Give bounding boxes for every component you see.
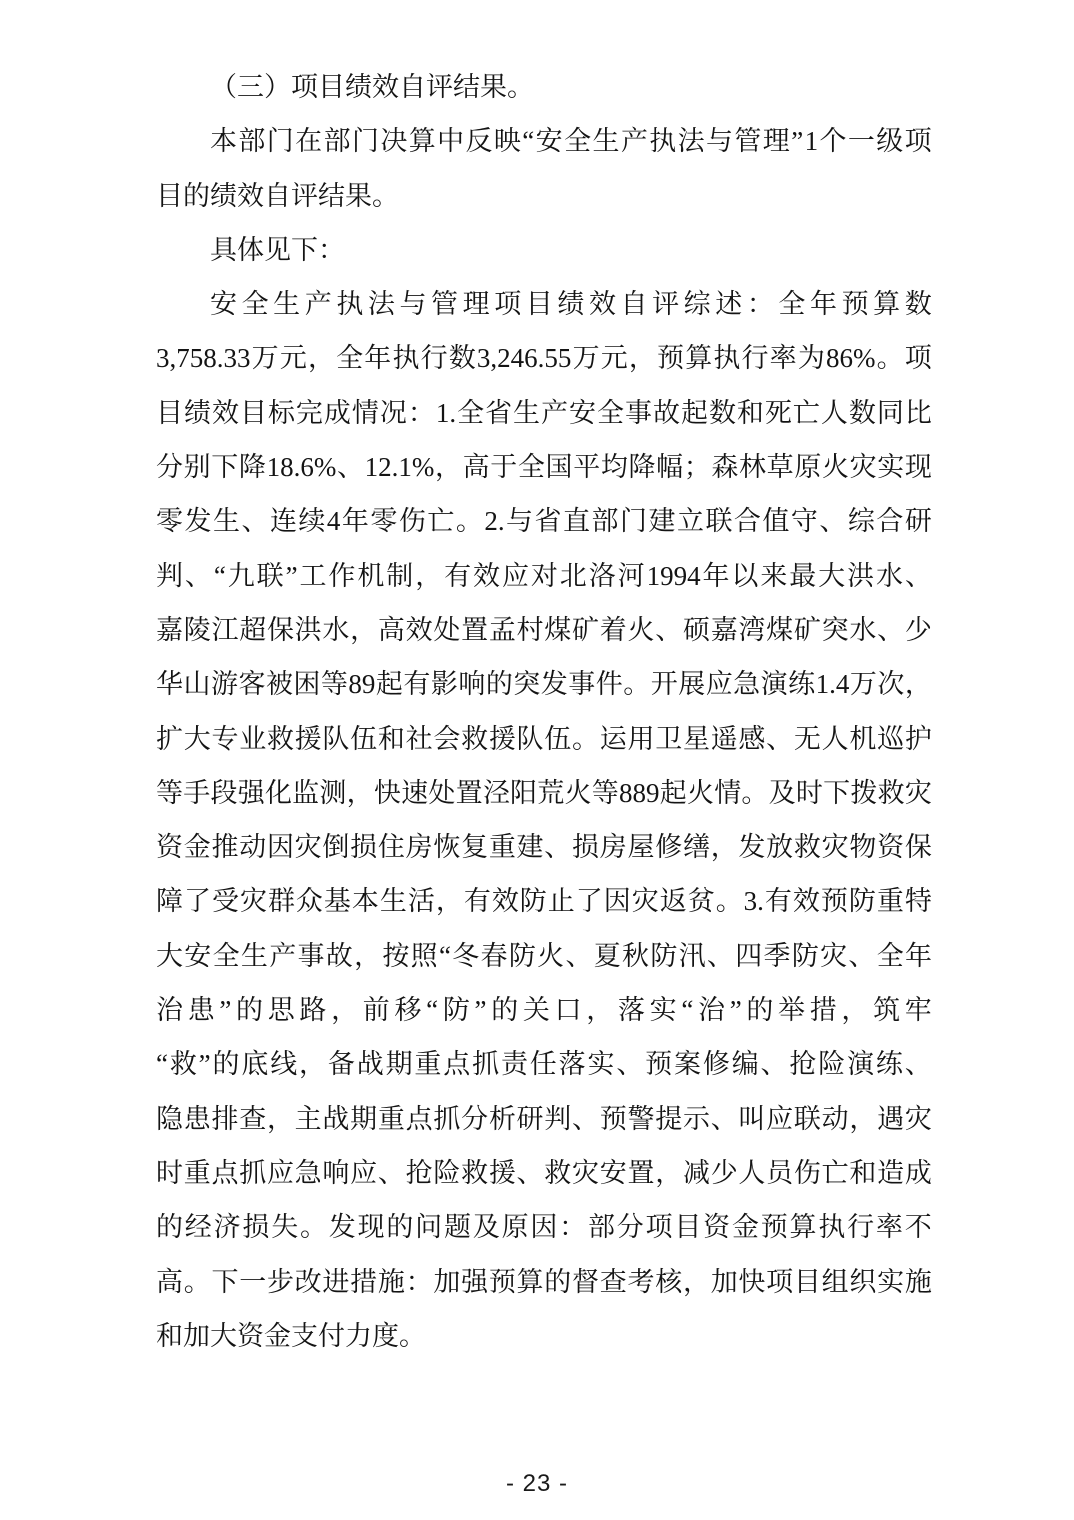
text-token: 因: [267, 820, 294, 874]
text-token: 措: [810, 983, 837, 1037]
text-token: 项: [646, 1200, 673, 1254]
text-token: 水: [876, 549, 903, 603]
text-token: 算: [517, 1255, 544, 1309]
text-token: 金: [732, 1200, 759, 1254]
text-token: 少: [905, 603, 932, 657]
text-token: 会: [433, 712, 460, 766]
text-token: 法: [678, 114, 705, 168]
text-token: 情: [352, 386, 379, 440]
text-token: 绩: [557, 277, 584, 331]
text-token: 济: [214, 1200, 241, 1254]
text-token: 省: [535, 494, 562, 548]
text-token: 门: [267, 114, 294, 168]
text-token: 硕: [683, 603, 710, 657]
text-token: 应: [706, 657, 733, 711]
text-token: 措: [350, 1255, 377, 1309]
text-token: 时: [156, 1146, 183, 1200]
text-token: 伍: [544, 712, 571, 766]
text-token: 效: [589, 277, 616, 331]
text-token: 感: [738, 712, 765, 766]
text-token: 4: [327, 494, 341, 548]
text-token: 、: [766, 712, 793, 766]
text-token: ：: [559, 1200, 586, 1254]
text-token: 季: [764, 929, 791, 983]
text-token: 失: [271, 1200, 298, 1254]
text-token: 高: [463, 440, 490, 494]
text-token: 级: [876, 114, 903, 168]
text-token: 发: [738, 820, 765, 874]
text-token: “: [426, 983, 438, 1037]
text-token: 水: [849, 603, 876, 657]
text-token: 、: [544, 820, 571, 874]
text-token: 筑: [873, 983, 900, 1037]
text-token: 全: [564, 114, 591, 168]
text-token: 事: [568, 657, 595, 711]
text-token: 评: [652, 277, 679, 331]
text-token: 反: [466, 114, 493, 168]
text-token: 全: [457, 386, 484, 440]
text-token: 警: [627, 1092, 654, 1146]
text-token: 加: [711, 1255, 738, 1309]
text-token: 处: [433, 603, 460, 657]
text-token: 急: [733, 657, 760, 711]
text-token: 全: [518, 440, 545, 494]
text-token: 抓: [239, 1146, 266, 1200]
text-token: ”: [475, 983, 487, 1037]
text-token: 万: [573, 331, 600, 385]
text-token: 目: [526, 277, 553, 331]
text-token: 落: [559, 1037, 586, 1091]
text-token: 守: [791, 494, 818, 548]
text-token: 复: [461, 820, 488, 874]
text-line: 大安全生产事故，按照“冬春防火、夏秋防汛、四季防灾、全年: [156, 929, 932, 983]
text-token: 、: [848, 929, 875, 983]
text-token: 省: [485, 386, 512, 440]
text-token: 下: [211, 440, 238, 494]
text-token: 展: [678, 657, 705, 711]
text-token: 伤: [399, 494, 426, 548]
text-token: ，: [350, 603, 377, 657]
text-token: 制: [386, 549, 413, 603]
text-token: 无: [794, 712, 821, 766]
page-number: - 23 -: [506, 1470, 568, 1497]
text-token: 和: [737, 386, 764, 440]
text-token: 起: [681, 386, 708, 440]
text-token: 项: [905, 331, 932, 385]
text-token: 人: [822, 712, 849, 766]
text-token: 管: [431, 277, 458, 331]
text-token: 按: [382, 929, 409, 983]
text-token: 预: [489, 1255, 516, 1309]
text-line: 目的绩效自评结果。: [156, 169, 932, 223]
text-line: 等手段强化监测，快速处置泾阳荒火等889起火情。及时下拨救灾: [156, 766, 932, 820]
text-token: 本: [352, 874, 379, 928]
text-token: 实: [650, 983, 677, 1037]
text-token: 等: [321, 657, 348, 711]
text-line: 高。下一步改进措施：加强预算的督查考核，加快项目组织实施: [156, 1255, 932, 1309]
text-token: 险: [433, 1146, 460, 1200]
text-token: 测: [319, 766, 346, 820]
text-token: 灾: [905, 1092, 932, 1146]
text-token: 3,246.55: [477, 331, 572, 385]
text-token: 段: [210, 766, 237, 820]
text-token: “: [681, 983, 693, 1037]
text-token: 影: [431, 657, 458, 711]
text-token: 发: [184, 494, 211, 548]
text-line: 扩大专业救援队伍和社会救援队伍。运用卫星遥感、无人机巡护: [156, 712, 932, 766]
text-token: 演: [847, 1037, 874, 1091]
text-token: 预: [842, 277, 869, 331]
text-token: 安: [184, 929, 211, 983]
text-token: ，: [655, 1146, 682, 1200]
text-token: 巡: [877, 712, 904, 766]
text-token: 执: [649, 114, 676, 168]
text-token: 、: [711, 1092, 738, 1146]
text-token: 、: [572, 1092, 599, 1146]
text-token: 预: [657, 331, 684, 385]
text-token: 1: [805, 114, 819, 168]
text-token: 连: [270, 494, 297, 548]
text-token: 理: [463, 277, 490, 331]
text-token: 被: [266, 657, 293, 711]
text-token: 损: [572, 820, 599, 874]
text-token: 强: [461, 1255, 488, 1309]
text-token: 算: [685, 331, 712, 385]
text-token: 损: [242, 1200, 269, 1254]
text-token: 路: [299, 983, 326, 1037]
text-token: 重: [489, 820, 516, 874]
text-token: 。: [572, 712, 599, 766]
text-token: 事: [625, 386, 652, 440]
text-token: 示: [683, 1092, 710, 1146]
text-token: 夏: [594, 929, 621, 983]
text-token: 改: [295, 1255, 322, 1309]
text-token: 产: [541, 386, 568, 440]
text-token: 全: [213, 929, 240, 983]
text-token: 受: [212, 874, 239, 928]
text-token: 责: [501, 1037, 528, 1091]
text-token: 国: [546, 440, 573, 494]
text-token: 应: [267, 1146, 294, 1200]
text-token: 3,758.33: [156, 331, 251, 385]
text-token: 重: [414, 1037, 441, 1091]
text-token: 项: [494, 277, 521, 331]
text-token: 1994: [647, 549, 701, 603]
text-token: 故: [326, 929, 353, 983]
text-token: 与: [706, 114, 733, 168]
text-token: 。: [716, 874, 743, 928]
text-token: 成: [324, 386, 351, 440]
text-token: 有: [444, 549, 471, 603]
text-token: 元: [280, 331, 307, 385]
text-token: 底: [241, 1037, 268, 1091]
text-token: 一: [848, 114, 875, 168]
text-token: 亡: [427, 494, 454, 548]
text-token: 项: [766, 1255, 793, 1309]
text-token: 析: [489, 1092, 516, 1146]
text-token: 理: [763, 114, 790, 168]
text-token: 高: [378, 603, 405, 657]
text-token: ”: [199, 1037, 211, 1091]
text-token: 快: [738, 1255, 765, 1309]
text-token: 产: [305, 277, 332, 331]
text-token: ；: [684, 440, 711, 494]
text-token: 完: [296, 386, 323, 440]
text-token: 考: [627, 1255, 654, 1309]
text-token: 叫: [738, 1092, 765, 1146]
text-token: 遇: [877, 1092, 904, 1146]
text-token: 组: [822, 1255, 849, 1309]
text-line: 障了受灾群众基本生活，有效防止了因灾返贫。3.有效预防重特: [156, 874, 932, 928]
text-token: 屋: [627, 820, 654, 874]
text-token: 置: [461, 603, 488, 657]
text-token: 救: [544, 1146, 571, 1200]
text-token: 件: [596, 657, 623, 711]
text-token: ，: [435, 440, 462, 494]
text-token: 2.: [484, 494, 504, 548]
text-token: 河: [618, 549, 645, 603]
text-token: 时: [796, 766, 823, 820]
text-token: 众: [296, 874, 323, 928]
text-token: 合: [876, 494, 903, 548]
text-token: 火: [565, 766, 592, 820]
text-token: 响: [322, 1146, 349, 1200]
text-line: 具体见下：: [156, 223, 932, 277]
text-token: 灾: [905, 766, 932, 820]
text-token: 立: [677, 494, 704, 548]
text-token: 年: [905, 929, 932, 983]
text-token: 业: [239, 712, 266, 766]
text-token: 合: [734, 494, 761, 548]
text-token: 、: [565, 929, 592, 983]
text-token: 化: [265, 766, 292, 820]
text-token: 现: [905, 440, 932, 494]
text-token: 监: [292, 766, 319, 820]
text-token: 强: [238, 766, 265, 820]
text-token: 山: [183, 657, 210, 711]
text-token: 不: [905, 1200, 932, 1254]
text-line: 分别下降18.6%、12.1%，高于全国平均降幅；森林草原火灾实现: [156, 440, 932, 494]
text-token: 安: [569, 386, 596, 440]
text-token: 行: [847, 1200, 874, 1254]
text-token: 全: [597, 386, 624, 440]
text-token: 执: [818, 1200, 845, 1254]
text-token: 联: [705, 494, 732, 548]
text-token: 了: [184, 874, 211, 928]
text-token: 研: [905, 494, 932, 548]
text-token: 生: [241, 929, 268, 983]
text-token: 部: [238, 114, 265, 168]
text-token: 万: [850, 657, 877, 711]
text-token: 3.: [744, 874, 764, 928]
text-token: 管: [734, 114, 761, 168]
text-token: 用: [627, 712, 654, 766]
text-token: 治: [156, 983, 183, 1037]
text-token: 救: [461, 1146, 488, 1200]
text-token: 题: [444, 1200, 471, 1254]
text-token: 发: [329, 1200, 356, 1254]
text-token: 、: [517, 1146, 544, 1200]
text-token: 资: [156, 820, 183, 874]
text-token: 实: [877, 440, 904, 494]
text-token: 客: [238, 657, 265, 711]
text-token: 因: [530, 1200, 557, 1254]
text-token: 1.4: [816, 657, 850, 711]
text-token: 目: [674, 1200, 701, 1254]
text-token: 、: [905, 1037, 932, 1091]
text-token: 障: [156, 874, 183, 928]
text-token: 部: [592, 494, 619, 548]
text-token: 亡: [793, 386, 820, 440]
text-token: 口: [555, 983, 582, 1037]
text-token: 返: [660, 874, 687, 928]
text-token: 速: [401, 766, 428, 820]
text-token: 。: [456, 494, 483, 548]
text-token: 战: [322, 1092, 349, 1146]
text-token: 、: [761, 1037, 788, 1091]
text-token: 标: [268, 386, 295, 440]
text-token: 少: [711, 1146, 738, 1200]
text-token: 综: [848, 494, 875, 548]
text-token: 生: [380, 874, 407, 928]
text-token: 效: [212, 386, 239, 440]
text-token: 产: [621, 114, 648, 168]
text-token: 别: [184, 440, 211, 494]
text-token: 降: [628, 440, 655, 494]
text-token: 灾: [295, 820, 322, 874]
text-token: 援: [489, 1146, 516, 1200]
text-token: 灾: [822, 820, 849, 874]
text-token: 人: [738, 1146, 765, 1200]
page-footer: - 23 -: [0, 1470, 1074, 1498]
text-token: 荒: [537, 766, 564, 820]
text-token: 救: [267, 712, 294, 766]
text-token: 现: [358, 1200, 385, 1254]
text-token: 、: [707, 929, 734, 983]
text-token: 12.1%: [365, 440, 435, 494]
text-token: 援: [489, 712, 516, 766]
text-token: 的: [486, 657, 513, 711]
text-token: ，: [629, 331, 656, 385]
text-line: 零发生、连续4年零伤亡。2.与省直部门建立联合值守、综合研: [156, 494, 932, 548]
text-token: 原: [502, 1200, 529, 1254]
text-token: 房: [600, 820, 627, 874]
text-token: 演: [761, 657, 788, 711]
text-token: 保: [267, 603, 294, 657]
text-token: 线: [270, 1037, 297, 1091]
text-token: 效: [406, 603, 433, 657]
text-token: 牢: [905, 983, 932, 1037]
text-token: 等: [156, 766, 183, 820]
text-token: ，: [347, 766, 374, 820]
text-token: 煤: [544, 603, 571, 657]
text-token: 火: [687, 766, 714, 820]
text-token: 工: [300, 549, 327, 603]
text-token: 超: [239, 603, 266, 657]
text-token: 扩: [156, 712, 183, 766]
text-token: 房: [406, 820, 433, 874]
text-token: ”: [219, 983, 231, 1037]
text-token: 修: [655, 820, 682, 874]
text-token: 全: [877, 929, 904, 983]
text-token: 救: [170, 1037, 197, 1091]
text-token: 下: [823, 766, 850, 820]
text-token: 起: [376, 657, 403, 711]
text-token: 分: [617, 1200, 644, 1254]
text-token: 急: [295, 1146, 322, 1200]
text-token: 于: [490, 440, 517, 494]
text-token: 患: [188, 983, 215, 1037]
text-token: 林: [739, 440, 766, 494]
text-token: 护: [905, 712, 932, 766]
text-token: 森: [711, 440, 738, 494]
text-token: 前: [363, 983, 390, 1037]
text-token: 直: [563, 494, 590, 548]
text-token: 游: [211, 657, 238, 711]
text-token: 处: [428, 766, 455, 820]
text-token: 率: [876, 1200, 903, 1254]
text-token: 重: [378, 1092, 405, 1146]
text-token: 效: [473, 549, 500, 603]
text-token: 火: [537, 929, 564, 983]
text-token: 全: [242, 277, 269, 331]
text-token: 门: [620, 494, 647, 548]
text-token: 队: [322, 712, 349, 766]
text-token: 、: [337, 440, 364, 494]
text-token: 练: [788, 657, 815, 711]
text-token: 春: [481, 929, 508, 983]
section-heading: （三）项目绩效自评结果。: [156, 60, 932, 114]
text-token: 损: [350, 820, 377, 874]
text-token: 湾: [738, 603, 765, 657]
text-token: 快: [374, 766, 401, 820]
text-line: 隐患排查，主战期重点抓分析研判、预警提示、叫应联动，遇灾: [156, 1092, 932, 1146]
text-token: 点: [443, 1037, 470, 1091]
text-token: 89: [348, 657, 375, 711]
text-token: 研: [517, 1092, 544, 1146]
text-token: 运: [600, 712, 627, 766]
text-token: 效: [793, 874, 820, 928]
text-token: 保: [905, 820, 932, 874]
text-token: 应: [502, 549, 529, 603]
text-token: ，: [849, 1092, 876, 1146]
text-token: 社: [406, 712, 433, 766]
text-line: （三）项目绩效自评结果。: [156, 60, 932, 114]
text-token: 执: [336, 277, 363, 331]
text-token: 基: [324, 874, 351, 928]
text-token: 的: [491, 983, 518, 1037]
text-token: 发: [541, 657, 568, 711]
text-token: 实: [587, 1037, 614, 1091]
text-token: 关: [523, 983, 550, 1037]
text-token: 中: [437, 114, 464, 168]
document-body: （三）项目绩效自评结果。本部门在部门决算中反映“安全生产执法与管理”1个一级项目…: [156, 60, 932, 1363]
text-token: 资: [703, 1200, 730, 1254]
text-token: 述: [715, 277, 742, 331]
text-token: 建: [517, 820, 544, 874]
text-token: 年: [810, 277, 837, 331]
text-token: 推: [211, 820, 238, 874]
text-token: 的: [213, 1037, 240, 1091]
text-token: 灾: [240, 874, 267, 928]
text-token: 点: [211, 1146, 238, 1200]
text-token: 了: [576, 874, 603, 928]
text-token: 查: [239, 1092, 266, 1146]
text-token: 生: [273, 277, 300, 331]
text-token: 照: [411, 929, 438, 983]
text-token: ，: [299, 1037, 326, 1091]
text-token: 着: [600, 603, 627, 657]
